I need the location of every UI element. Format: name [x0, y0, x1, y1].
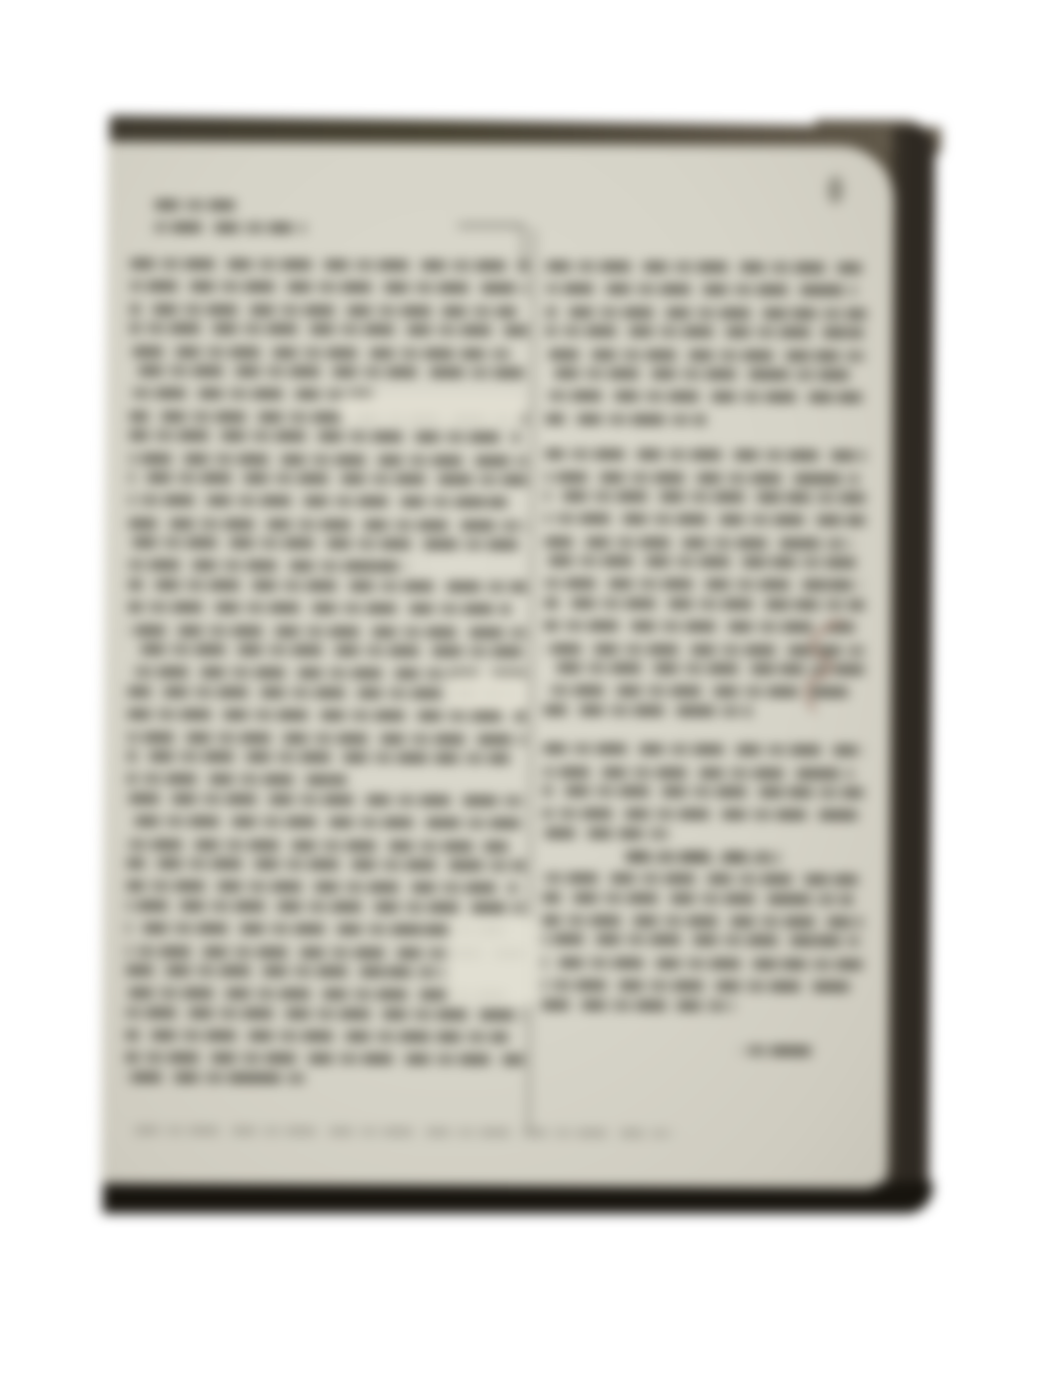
handwriting-line — [546, 285, 856, 296]
handwriting-line — [128, 603, 510, 614]
handwriting-line — [127, 794, 525, 805]
handwriting-line — [127, 882, 517, 893]
handwriting-line — [544, 579, 861, 590]
handwriting-line — [543, 809, 857, 820]
handwriting-line — [126, 1008, 524, 1019]
handwriting-line — [130, 366, 528, 377]
red-margin-squiggle — [796, 616, 861, 724]
handwriting-line — [129, 473, 527, 484]
handwriting-line — [543, 874, 863, 885]
handwriting-line — [542, 981, 849, 992]
handwriting-line — [546, 262, 866, 273]
handwritten-heading — [626, 852, 780, 863]
handwriting-line — [128, 645, 522, 656]
notebook-page-scene — [109, 116, 936, 1219]
handwriting-line — [126, 1053, 524, 1064]
handwriting-line — [130, 282, 528, 293]
header-block — [155, 202, 365, 246]
handwriting-line — [128, 580, 526, 591]
column-divider-flag — [458, 224, 524, 228]
handwriting-line — [545, 450, 865, 461]
handwriting-line — [127, 752, 509, 763]
handwriting-line — [155, 200, 235, 209]
handwriting-line — [127, 840, 513, 851]
paragraph-gap — [544, 728, 864, 746]
light-correction-patch — [450, 918, 539, 1005]
handwriting-line — [126, 924, 504, 935]
handwriting-line — [126, 1031, 508, 1042]
handwriting-line — [127, 901, 525, 912]
handwriting-line — [546, 349, 866, 360]
bottom-margin-trace — [135, 1128, 675, 1152]
handwriting-line — [543, 893, 853, 904]
handwriting-line — [127, 817, 525, 828]
handwriting-line — [129, 561, 408, 572]
handwritten-end-mark — [740, 1046, 810, 1055]
light-correction-patch — [450, 674, 526, 712]
handwriting-line — [545, 514, 865, 525]
page-number-smudge — [828, 176, 843, 204]
handwriting-line — [546, 369, 853, 380]
handwriting-line — [542, 916, 862, 927]
handwriting-line — [545, 537, 852, 548]
handwriting-line — [546, 327, 863, 338]
handwriting-line — [125, 1073, 304, 1083]
handwriting-line — [546, 307, 866, 318]
red-squiggle-path — [807, 622, 840, 710]
handwriting-line — [545, 472, 859, 483]
handwriting-line — [128, 626, 526, 637]
handwriting-line — [128, 733, 526, 744]
handwriting-line — [542, 1000, 734, 1010]
blurred-photo-wrapper — [0, 0, 1062, 1377]
handwriting-line — [542, 958, 862, 969]
handwriting-line — [130, 305, 516, 316]
handwriting-line — [129, 454, 527, 465]
handwriting-line — [127, 859, 525, 870]
handwriting-line — [545, 492, 865, 503]
handwriting-line — [543, 744, 863, 755]
handwriting-line — [544, 599, 864, 610]
handwriting-line — [130, 259, 528, 270]
handwriting-line — [126, 966, 444, 977]
handwriting-line — [129, 496, 507, 507]
handwriting-line — [129, 538, 527, 549]
handwriting-line — [130, 347, 512, 358]
notebook-photo — [112, 118, 932, 1216]
handwriting-line — [544, 706, 752, 716]
handwriting-line — [543, 767, 853, 778]
handwriting-line — [543, 828, 671, 838]
handwriting-line — [130, 324, 528, 335]
handwriting-line — [543, 786, 863, 797]
handwriting-line — [545, 557, 865, 568]
handwriting-line — [129, 519, 527, 530]
handwriting-line — [155, 223, 306, 233]
handwriting-line — [542, 935, 859, 946]
light-correction-patch — [339, 395, 523, 424]
handwriting-line — [127, 775, 346, 785]
handwriting-line — [545, 414, 705, 424]
handwriting-line — [546, 391, 866, 402]
handwriting-line — [129, 431, 519, 442]
